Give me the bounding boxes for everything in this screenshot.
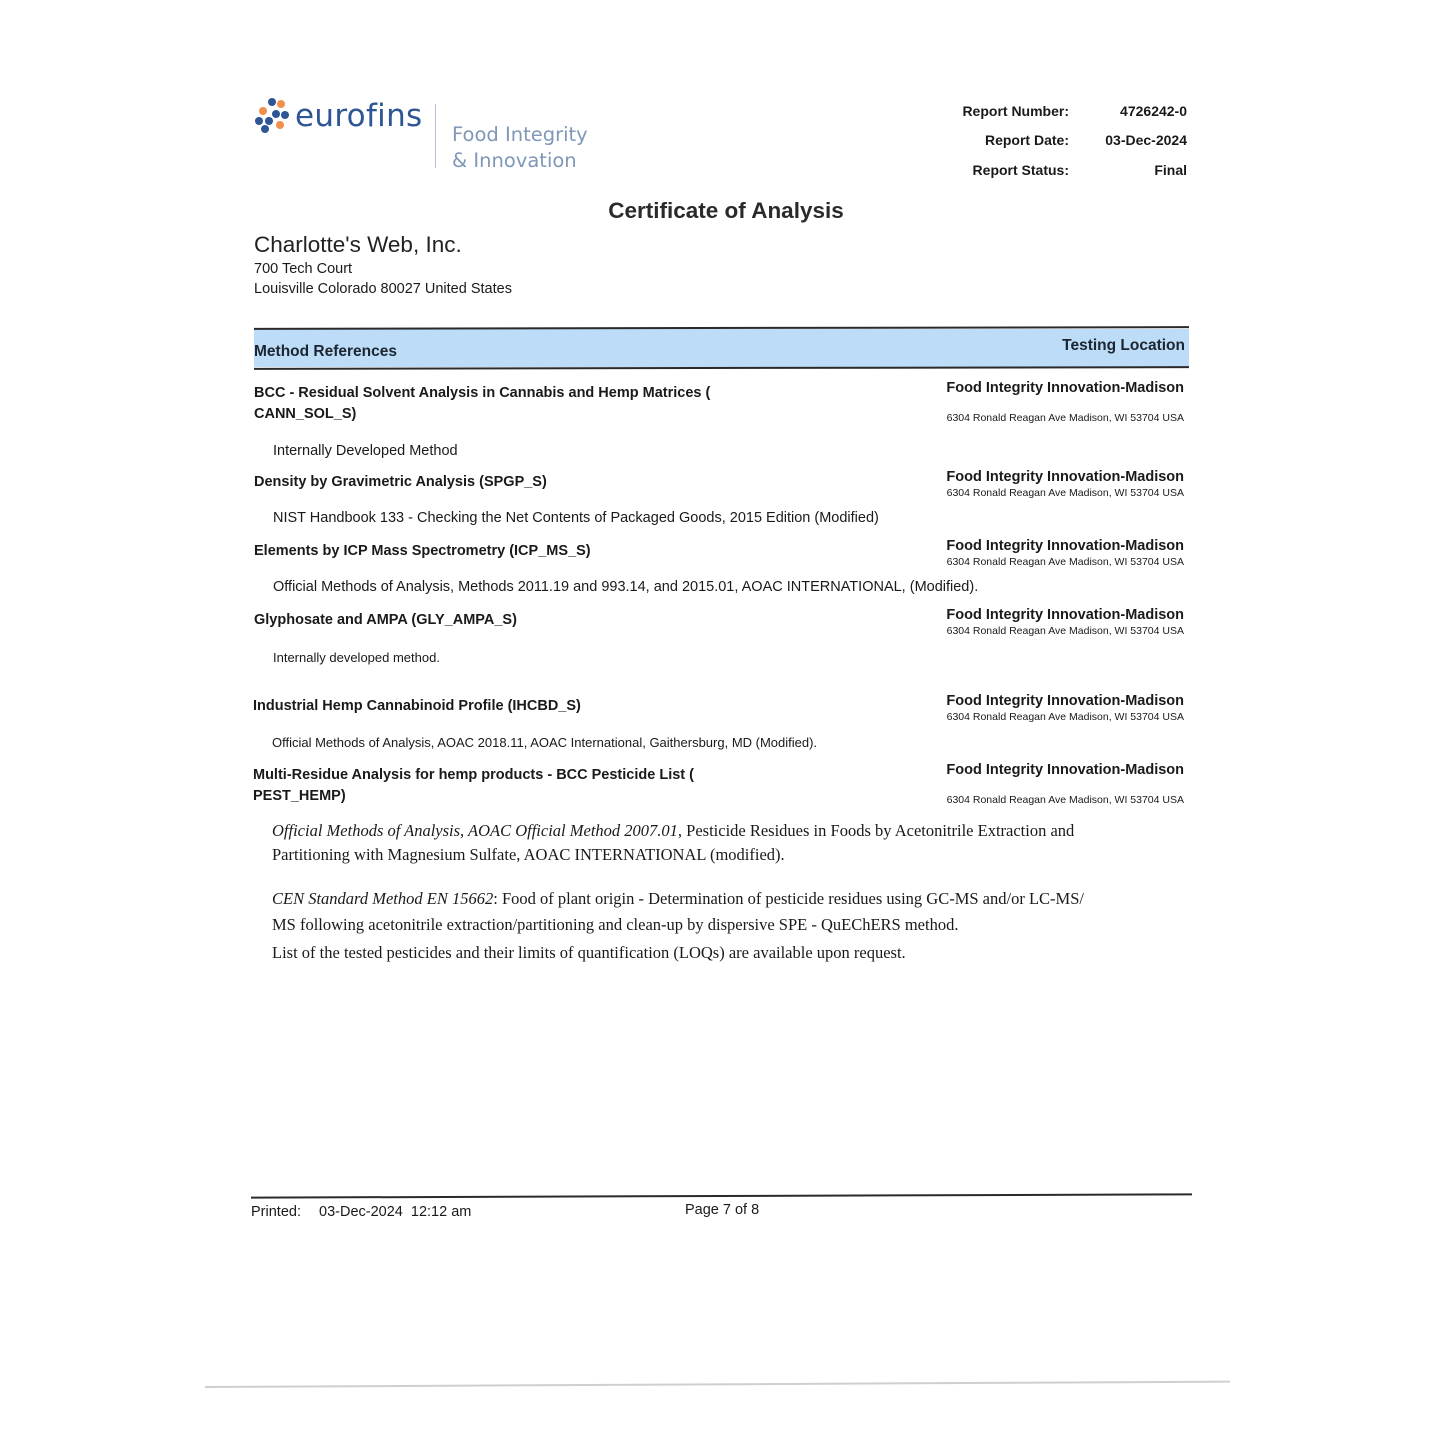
pesticide-reference-cen: CEN Standard Method EN 15662: Food of pl… xyxy=(272,886,1084,966)
logo-wordmark: eurofins xyxy=(295,101,422,132)
testing-location: Food Integrity Innovation-Madison 6304 R… xyxy=(946,761,1184,807)
header-method-references: Method References xyxy=(254,336,397,361)
printed-timestamp: Printed: 03-Dec-2024 12:12 am xyxy=(251,1204,471,1220)
client-name: Charlotte's Web, Inc. xyxy=(254,230,512,260)
method-row: Glyphosate and AMPA (GLY_AMPA_S) Interna… xyxy=(254,610,1189,665)
client-address-line2: Louisville Colorado 80027 United States xyxy=(254,280,512,300)
loq-note: List of the tested pesticides and their … xyxy=(272,940,1084,966)
client-block: Charlotte's Web, Inc. 700 Tech Court Lou… xyxy=(254,230,512,299)
testing-location: Food Integrity Innovation-Madison 6304 R… xyxy=(946,537,1184,569)
page-number: Page 7 of 8 xyxy=(685,1202,759,1218)
method-row: Industrial Hemp Cannabinoid Profile (IHC… xyxy=(253,696,1188,750)
method-row: Multi-Residue Analysis for hemp products… xyxy=(253,765,1188,807)
eurofins-logo: eurofins xyxy=(255,98,422,134)
eurofins-molecule-icon xyxy=(255,98,289,134)
report-date: 03-Dec-2024 xyxy=(1069,132,1187,148)
testing-location: Food Integrity Innovation-Madison 6304 R… xyxy=(946,606,1184,638)
report-status: Final xyxy=(1069,162,1187,178)
testing-location: Food Integrity Innovation-Madison 6304 R… xyxy=(946,468,1184,500)
report-status-row: Report Status: Final xyxy=(899,155,1187,185)
document-title: Certificate of Analysis xyxy=(0,198,1445,224)
report-number-row: Report Number: 4726242-0 xyxy=(899,96,1187,126)
report-date-row: Report Date: 03-Dec-2024 xyxy=(899,126,1187,156)
method-row: BCC - Residual Solvent Analysis in Canna… xyxy=(254,383,1189,459)
scanned-page-edge xyxy=(205,1381,1230,1388)
footer-rule xyxy=(251,1193,1192,1198)
client-address-line1: 700 Tech Court xyxy=(254,260,512,280)
pesticide-reference-aoac: Official Methods of Analysis, AOAC Offic… xyxy=(272,819,1074,867)
report-number: 4726242-0 xyxy=(1069,103,1187,119)
table-header-rule xyxy=(254,366,1189,370)
table-header: Method References Testing Location xyxy=(254,329,1189,367)
report-meta: Report Number: 4726242-0 Report Date: 03… xyxy=(899,96,1187,185)
logo-divider xyxy=(435,104,436,168)
header-testing-location: Testing Location xyxy=(1062,337,1189,359)
division-name: Food Integrity & Innovation xyxy=(452,122,588,174)
method-references-table: Method References Testing Location xyxy=(254,327,1189,369)
testing-location: Food Integrity Innovation-Madison 6304 R… xyxy=(946,379,1184,425)
testing-location: Food Integrity Innovation-Madison 6304 R… xyxy=(946,692,1184,724)
method-row: Elements by ICP Mass Spectrometry (ICP_M… xyxy=(254,541,1189,595)
method-row: Density by Gravimetric Analysis (SPGP_S)… xyxy=(254,472,1189,526)
